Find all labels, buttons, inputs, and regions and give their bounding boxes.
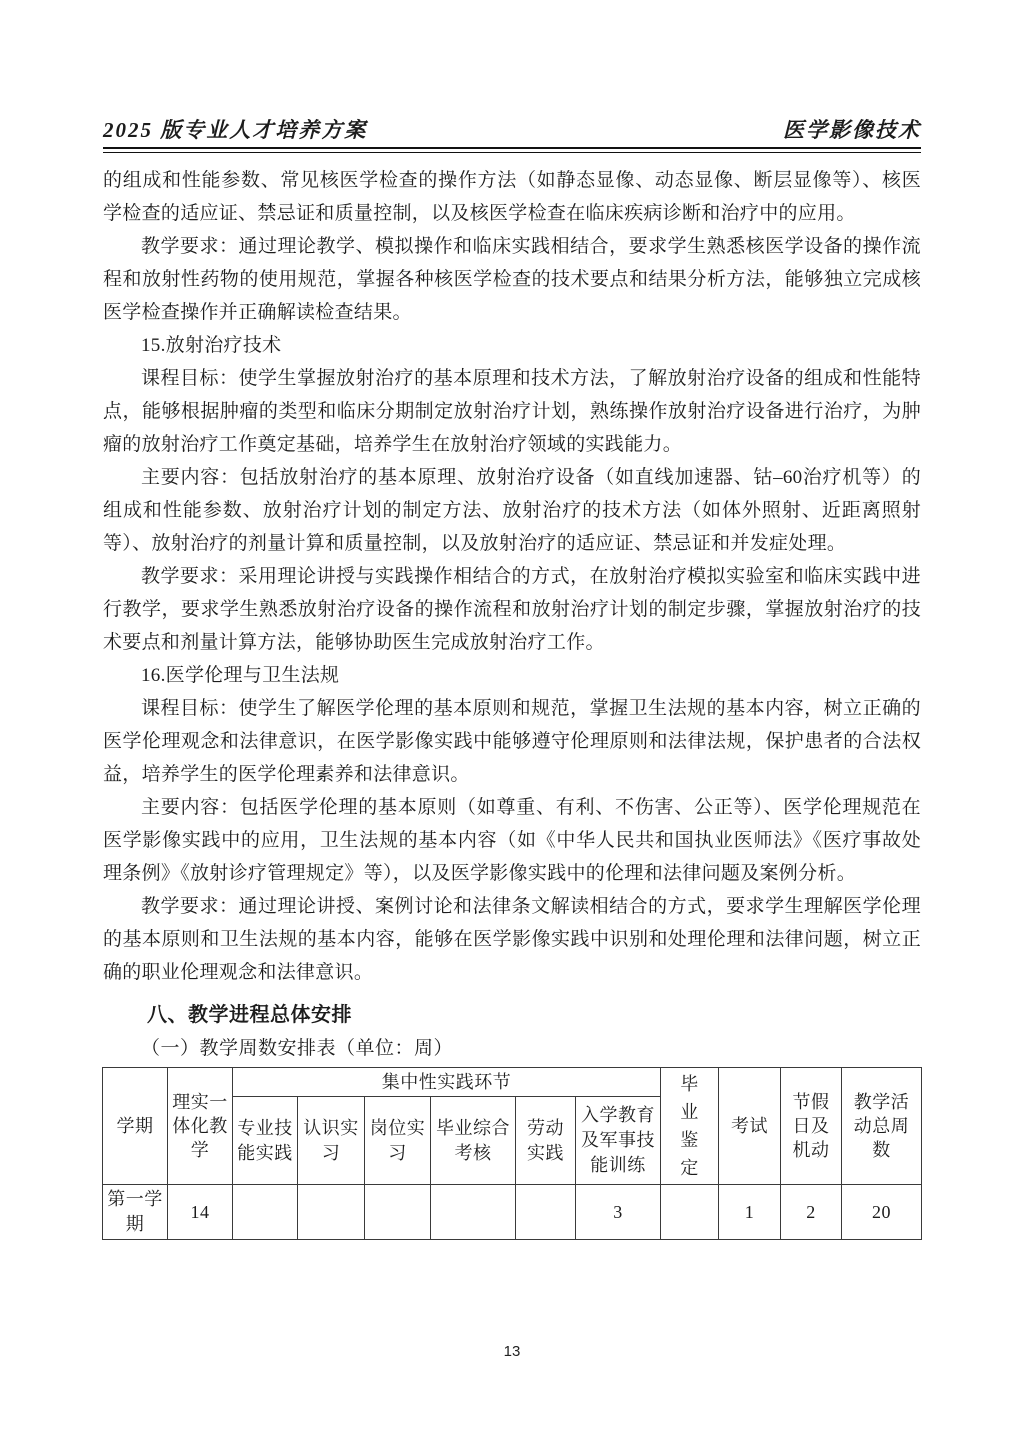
cell-total: 20: [842, 1185, 922, 1240]
sub-header-post-practicum: 岗位实习: [365, 1097, 431, 1185]
col-header-integrated-teaching: 理实一体化教学: [168, 1068, 233, 1185]
cell-holiday: 2: [781, 1185, 842, 1240]
col-header-exam: 考试: [719, 1068, 781, 1185]
col-header-total-weeks: 教学活动总周数: [842, 1068, 922, 1185]
col-header-graduation-appraisal: 毕业鉴定: [661, 1068, 719, 1185]
paragraph-continuation: 的组成和性能参数、常见核医学检查的操作方法（如静态显像、动态显像、断层显像等）、…: [103, 164, 921, 230]
section-heading: 八、教学进程总体安排: [103, 998, 921, 1032]
sub-header-military-training: 入学教育及军事技能训练: [576, 1097, 661, 1185]
cell-skills: [233, 1185, 298, 1240]
page-number: 13: [0, 1343, 1024, 1360]
group-header-practice: 集中性实践环节: [233, 1068, 661, 1097]
table-row-semester-1: 第一学期 14 3 1 2 20: [103, 1185, 922, 1240]
cell-post: [365, 1185, 431, 1240]
cell-grad-cert: [661, 1185, 719, 1240]
teaching-weeks-table: 学期 理实一体化教学 集中性实践环节 毕业鉴定 考试 节假日及机动 教学活动总周…: [102, 1067, 922, 1240]
body-text: 的组成和性能参数、常见核医学检查的操作方法（如静态显像、动态显像、断层显像等）、…: [103, 164, 921, 989]
item-heading-16: 16.医学伦理与卫生法规: [103, 659, 921, 692]
sub-header-cognition-practicum: 认识实习: [298, 1097, 365, 1185]
paragraph-main-content-radiotherapy: 主要内容：包括放射治疗的基本原理、放射治疗设备（如直线加速器、钴–60治疗机等）…: [103, 461, 921, 560]
paragraph-teaching-req-nuclear: 教学要求：通过理论教学、模拟操作和临床实践相结合，要求学生熟悉核医学设备的操作流…: [103, 230, 921, 329]
table-caption: （一）教学周数安排表（单位：周）: [103, 1033, 921, 1065]
sub-header-graduation-assessment: 毕业综合考核: [431, 1097, 516, 1185]
paragraph-course-goal-radiotherapy: 课程目标：使学生掌握放射治疗的基本原理和技术方法，了解放射治疗设备的组成和性能特…: [103, 362, 921, 461]
paragraph-course-goal-ethics: 课程目标：使学生了解医学伦理的基本原则和规范，掌握卫生法规的基本内容，树立正确的…: [103, 692, 921, 791]
cell-cognition: [298, 1185, 365, 1240]
cell-grad-assess: [431, 1185, 516, 1240]
header-double-rule: [103, 147, 921, 153]
item-heading-15: 15.放射治疗技术: [103, 329, 921, 362]
running-header: 2025 版专业人才培养方案 医学影像技术: [103, 0, 921, 143]
paragraph-main-content-ethics: 主要内容：包括医学伦理的基本原则（如尊重、有利、不伤害、公正等）、医学伦理规范在…: [103, 791, 921, 890]
cell-labor: [516, 1185, 576, 1240]
document-page: 2025 版专业人才培养方案 医学影像技术 的组成和性能参数、常见核医学检查的操…: [0, 0, 1024, 1448]
header-right-title: 医学影像技术: [783, 117, 921, 143]
sub-header-professional-skills: 专业技能实践: [233, 1097, 298, 1185]
cell-semester: 第一学期: [103, 1185, 168, 1240]
sub-header-labor-practice: 劳动实践: [516, 1097, 576, 1185]
col-header-semester: 学期: [103, 1068, 168, 1185]
header-left-title: 2025 版专业人才培养方案: [103, 117, 367, 143]
cell-exam: 1: [719, 1185, 781, 1240]
paragraph-teaching-req-ethics: 教学要求：通过理论讲授、案例讨论和法律条文解读相结合的方式，要求学生理解医学伦理…: [103, 890, 921, 989]
col-header-holiday-flexible: 节假日及机动: [781, 1068, 842, 1185]
cell-integrated: 14: [168, 1185, 233, 1240]
paragraph-teaching-req-radiotherapy: 教学要求：采用理论讲授与实践操作相结合的方式，在放射治疗模拟实验室和临床实践中进…: [103, 560, 921, 659]
cell-military: 3: [576, 1185, 661, 1240]
